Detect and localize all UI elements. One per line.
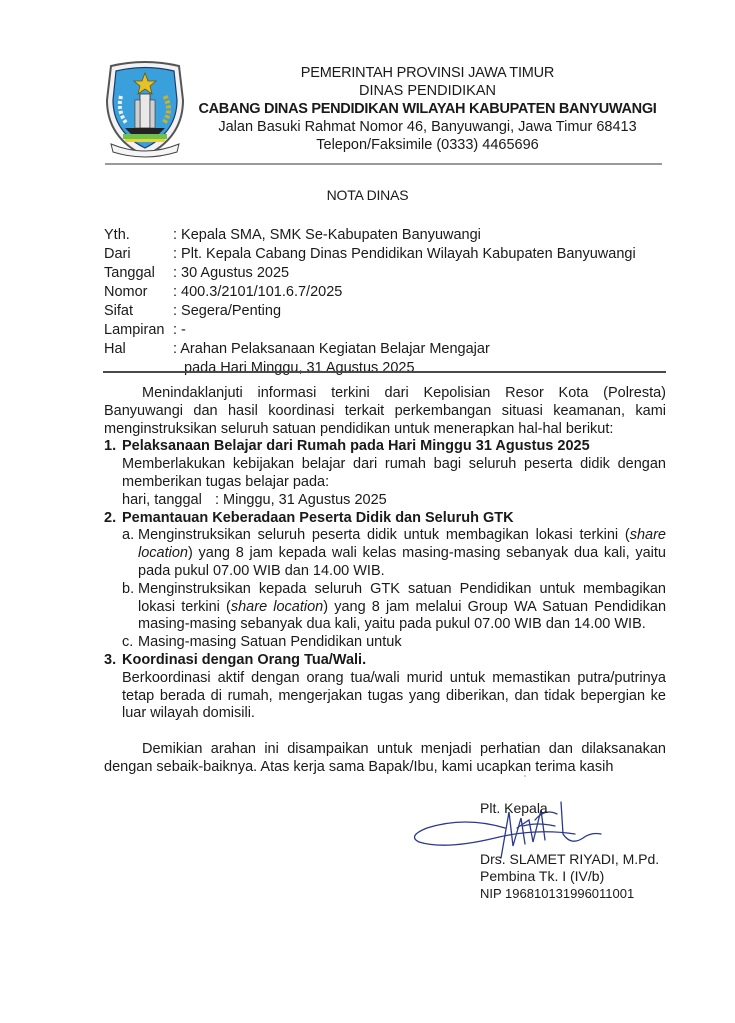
letterhead-address: Jalan Basuki Rahmat Nomor 46, Banyuwangi… xyxy=(190,118,665,136)
meta-label: Sifat xyxy=(104,302,173,321)
coat-of-arms-logo xyxy=(103,60,187,158)
section-1-detail: hari, tanggal : Minggu, 31 Agustus 2025 xyxy=(104,492,666,510)
meta-value: : 30 Agustus 2025 xyxy=(173,264,289,283)
closing-paragraph: Demikian arahan ini disampaikan untuk me… xyxy=(104,741,666,777)
meta-sender: Dari : Plt. Kepala Cabang Dinas Pendidik… xyxy=(104,245,636,264)
section-number: 1. xyxy=(104,438,122,456)
meta-value: : 400.3/2101/101.6.7/2025 xyxy=(173,283,342,302)
item-letter: a. xyxy=(122,527,138,580)
meta-divider xyxy=(103,371,666,373)
meta-value: pada Hari Minggu, 31 Agustus 2025 xyxy=(184,359,415,378)
section-3-heading: 3. Koordinasi dengan Orang Tua/Wali. xyxy=(104,652,666,670)
section-1-heading: 1. Pelaksanaan Belajar dari Rumah pada H… xyxy=(104,438,666,456)
section-title: Pelaksanaan Belajar dari Rumah pada Hari… xyxy=(122,438,590,456)
meta-value: : Arahan Pelaksanaan Kegiatan Belajar Me… xyxy=(173,340,490,359)
meta-date: Tanggal : 30 Agustus 2025 xyxy=(104,264,636,283)
letterhead-divider xyxy=(105,163,662,165)
signer-name: Drs. SLAMET RIYADI, M.Pd. xyxy=(480,851,659,868)
detail-label: hari, tanggal xyxy=(122,492,215,510)
memo-meta: Yth. : Kepala SMA, SMK Se-Kabupaten Bany… xyxy=(104,226,636,378)
meta-number: Nomor : 400.3/2101/101.6.7/2025 xyxy=(104,283,636,302)
signature-block: Plt. Kepala Drs. SLAMET RIYADI, M.Pd. Pe… xyxy=(480,800,659,902)
item-letter: c. xyxy=(122,634,138,652)
meta-nature: Sifat : Segera/Penting xyxy=(104,302,636,321)
item-text: Menginstruksikan kepada seluruh GTK satu… xyxy=(138,581,666,634)
section-number: 3. xyxy=(104,652,122,670)
item-text: Menginstruksikan seluruh peserta didik u… xyxy=(138,527,666,580)
letterhead-branch: CABANG DINAS PENDIDIKAN WILAYAH KABUPATE… xyxy=(190,100,665,118)
meta-label: Lampiran xyxy=(104,321,173,340)
scan-speck xyxy=(524,775,526,777)
detail-value: : Minggu, 31 Agustus 2025 xyxy=(215,492,387,510)
section-1-text: Memberlakukan kebijakan belajar dari rum… xyxy=(104,456,666,492)
memo-body: Menindaklanjuti informasi terkini dari K… xyxy=(104,385,666,777)
letterhead: PEMERINTAH PROVINSI JAWA TIMUR DINAS PEN… xyxy=(190,64,665,154)
meta-value: : - xyxy=(173,321,186,340)
meta-subject: Hal : Arahan Pelaksanaan Kegiatan Belaja… xyxy=(104,340,636,359)
meta-label: Hal xyxy=(104,340,173,359)
list-item: c. Masing-masing Satuan Pendidikan untuk xyxy=(104,634,666,652)
letterhead-government: PEMERINTAH PROVINSI JAWA TIMUR xyxy=(190,64,665,82)
signer-position: Plt. Kepala xyxy=(480,800,659,817)
letterhead-agency: DINAS PENDIDIKAN xyxy=(190,82,665,100)
intro-paragraph: Menindaklanjuti informasi terkini dari K… xyxy=(104,385,666,438)
item-text: Masing-masing Satuan Pendidikan untuk xyxy=(138,634,666,652)
section-title: Koordinasi dengan Orang Tua/Wali. xyxy=(122,652,366,670)
list-item: a. Menginstruksikan seluruh peserta didi… xyxy=(104,527,666,580)
meta-subject-continuation: pada Hari Minggu, 31 Agustus 2025 xyxy=(104,359,636,378)
meta-recipient: Yth. : Kepala SMA, SMK Se-Kabupaten Bany… xyxy=(104,226,636,245)
meta-label: Dari xyxy=(104,245,173,264)
signer-rank: Pembina Tk. I (IV/b) xyxy=(480,868,659,885)
meta-label: Yth. xyxy=(104,226,173,245)
item-letter: b. xyxy=(122,581,138,634)
signer-nip: NIP 196810131996011001 xyxy=(480,885,659,902)
section-3-text: Berkoordinasi aktif dengan orang tua/wal… xyxy=(104,670,666,723)
list-item: b. Menginstruksikan kepada seluruh GTK s… xyxy=(104,581,666,634)
meta-label: Nomor xyxy=(104,283,173,302)
section-title: Pemantauan Keberadaan Peserta Didik dan … xyxy=(122,510,514,528)
section-2-heading: 2. Pemantauan Keberadaan Peserta Didik d… xyxy=(104,510,666,528)
meta-attachment: Lampiran : - xyxy=(104,321,636,340)
section-number: 2. xyxy=(104,510,122,528)
document-title: NOTA DINAS xyxy=(0,187,735,203)
letterhead-phone: Telepon/Faksimile (0333) 4465696 xyxy=(190,136,665,154)
meta-label: Tanggal xyxy=(104,264,173,283)
meta-value: : Kepala SMA, SMK Se-Kabupaten Banyuwang… xyxy=(173,226,481,245)
meta-value: : Segera/Penting xyxy=(173,302,281,321)
meta-value: : Plt. Kepala Cabang Dinas Pendidikan Wi… xyxy=(173,245,636,264)
